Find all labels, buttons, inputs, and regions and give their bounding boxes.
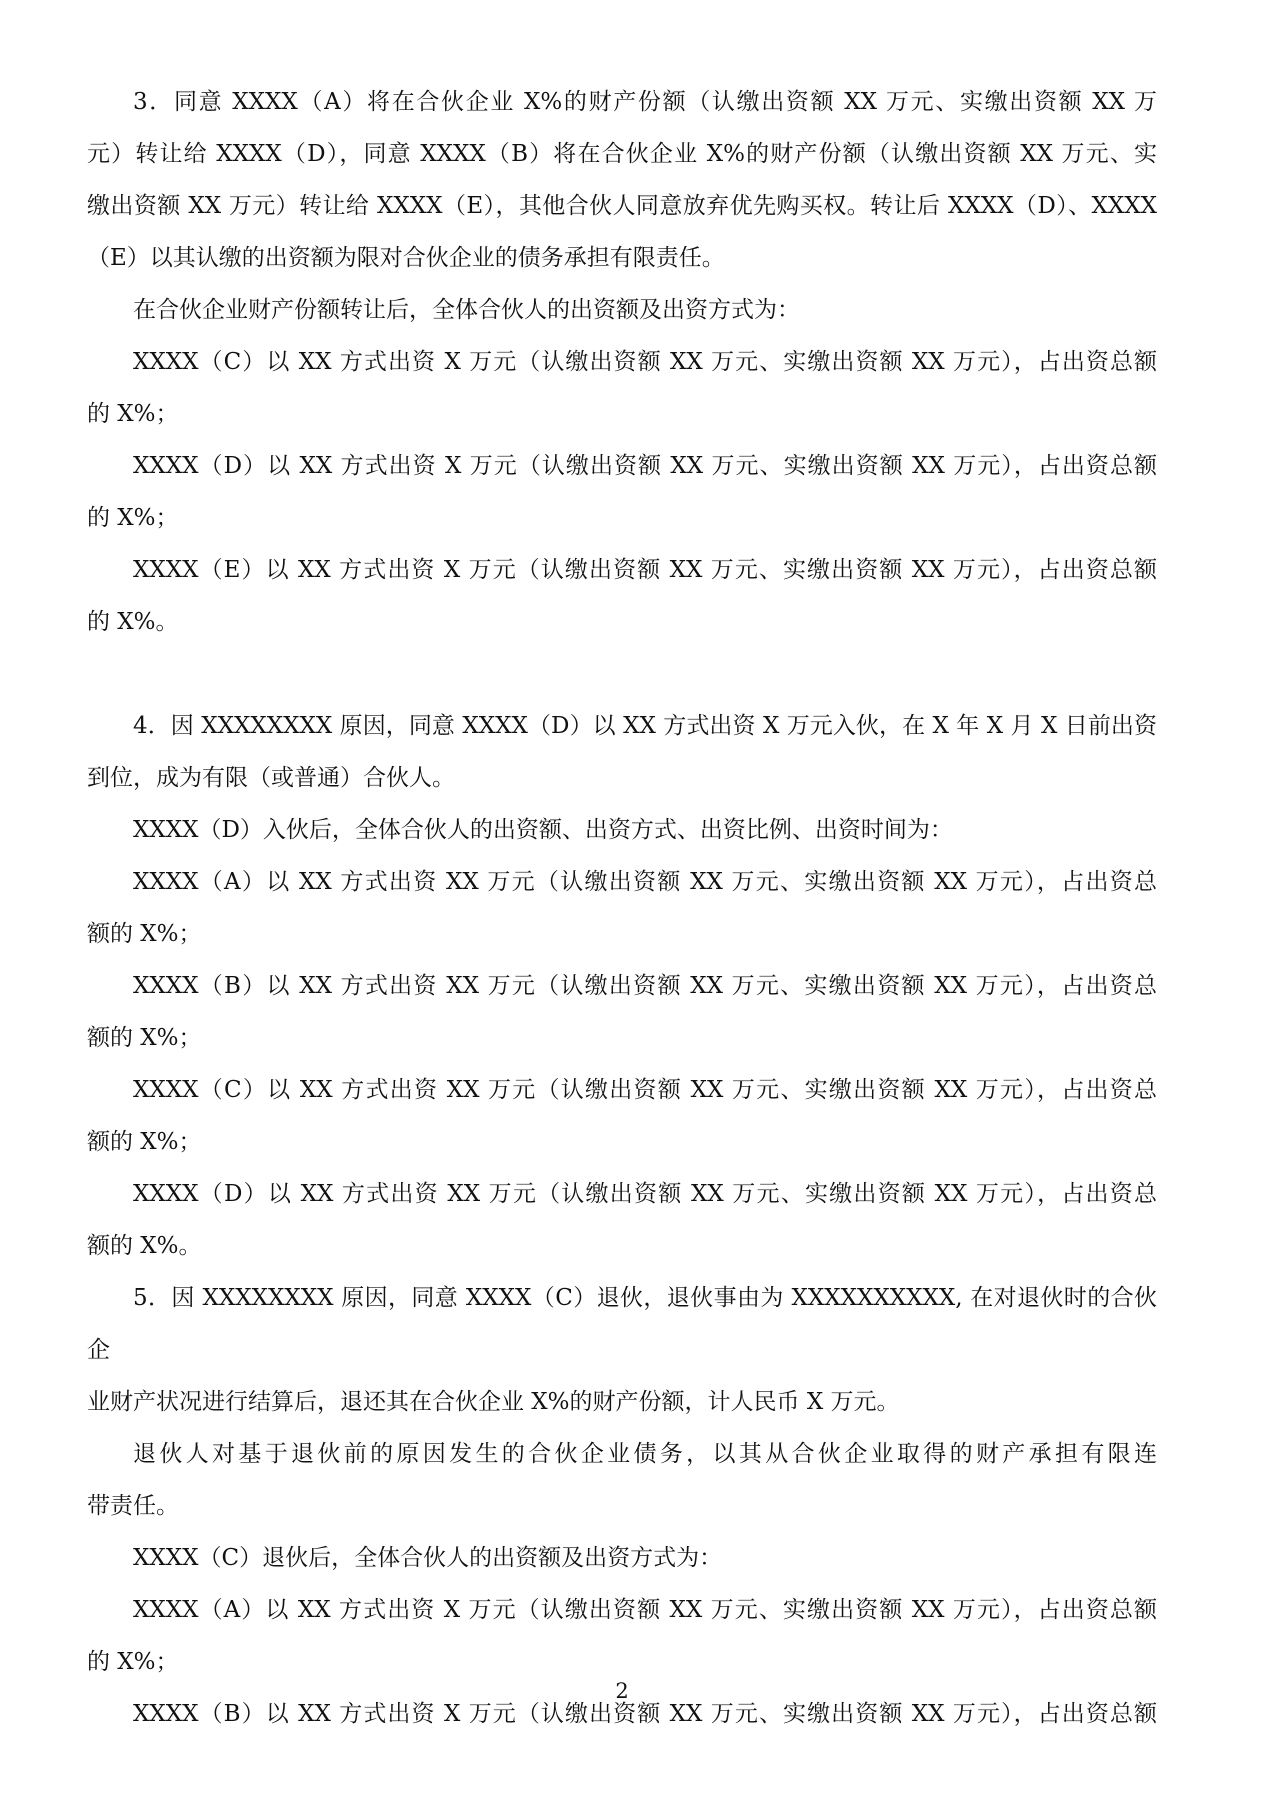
text-line: 额的 X%； [87,1116,1157,1168]
text-line: 的 X%； [87,388,1157,440]
text-line: XXXX（C）以 XX 方式出资 X 万元（认缴出资额 XX 万元、实缴出资额 … [87,336,1157,388]
text-line: XXXX（A）以 XX 方式出资 XX 万元（认缴出资额 XX 万元、实缴出资额… [87,856,1157,908]
text-line: XXXX（D）以 XX 方式出资 X 万元（认缴出资额 XX 万元、实缴出资额 … [87,440,1157,492]
text-line: 额的 X%； [87,1012,1157,1064]
page-number: 2 [87,1676,1157,1706]
text-line: 到位，成为有限（或普通）合伙人。 [87,752,1157,804]
text-line: 额的 X%。 [87,1220,1157,1272]
document-body: 3．同意 XXXX（A）将在合伙企业 X%的财产份额（认缴出资额 XX 万元、实… [87,76,1157,1740]
text-line: 业财产状况进行结算后，退还其在合伙企业 X%的财产份额，计人民币 X 万元。 [87,1376,1157,1428]
blank-line [87,648,1157,700]
text-line: 额的 X%； [87,908,1157,960]
text-line: 的 X%。 [87,596,1157,648]
text-line: XXXX（D）入伙后，全体合伙人的出资额、出资方式、出资比例、出资时间为： [87,804,1157,856]
text-line: 退伙人对基于退伙前的原因发生的合伙企业债务，以其从合伙企业取得的财产承担有限连 [87,1428,1157,1480]
text-line: （E）以其认缴的出资额为限对合伙企业的债务承担有限责任。 [87,232,1157,284]
text-line: 5．因 XXXXXXXX 原因，同意 XXXX（C）退伙，退伙事由为 XXXXX… [87,1272,1157,1376]
text-line: XXXX（E）以 XX 方式出资 X 万元（认缴出资额 XX 万元、实缴出资额 … [87,544,1157,596]
text-line: XXXX（C）以 XX 方式出资 XX 万元（认缴出资额 XX 万元、实缴出资额… [87,1064,1157,1116]
text-line: XXXX（D）以 XX 方式出资 XX 万元（认缴出资额 XX 万元、实缴出资额… [87,1168,1157,1220]
text-line: 元）转让给 XXXX（D），同意 XXXX（B）将在合伙企业 X%的财产份额（认… [87,128,1157,180]
document-page: 3．同意 XXXX（A）将在合伙企业 X%的财产份额（认缴出资额 XX 万元、实… [0,0,1280,1810]
text-line: 3．同意 XXXX（A）将在合伙企业 X%的财产份额（认缴出资额 XX 万元、实… [87,76,1157,128]
text-line: 带责任。 [87,1480,1157,1532]
text-line: XXXX（B）以 XX 方式出资 XX 万元（认缴出资额 XX 万元、实缴出资额… [87,960,1157,1012]
text-line: 4．因 XXXXXXXX 原因，同意 XXXX（D）以 XX 方式出资 X 万元… [87,700,1157,752]
text-line: 缴出资额 XX 万元）转让给 XXXX（E），其他合伙人同意放弃优先购买权。转让… [87,180,1157,232]
text-line: 在合伙企业财产份额转让后，全体合伙人的出资额及出资方式为： [87,284,1157,336]
text-line: XXXX（A）以 XX 方式出资 X 万元（认缴出资额 XX 万元、实缴出资额 … [87,1584,1157,1636]
text-line: XXXX（C）退伙后，全体合伙人的出资额及出资方式为： [87,1532,1157,1584]
text-line: 的 X%； [87,492,1157,544]
